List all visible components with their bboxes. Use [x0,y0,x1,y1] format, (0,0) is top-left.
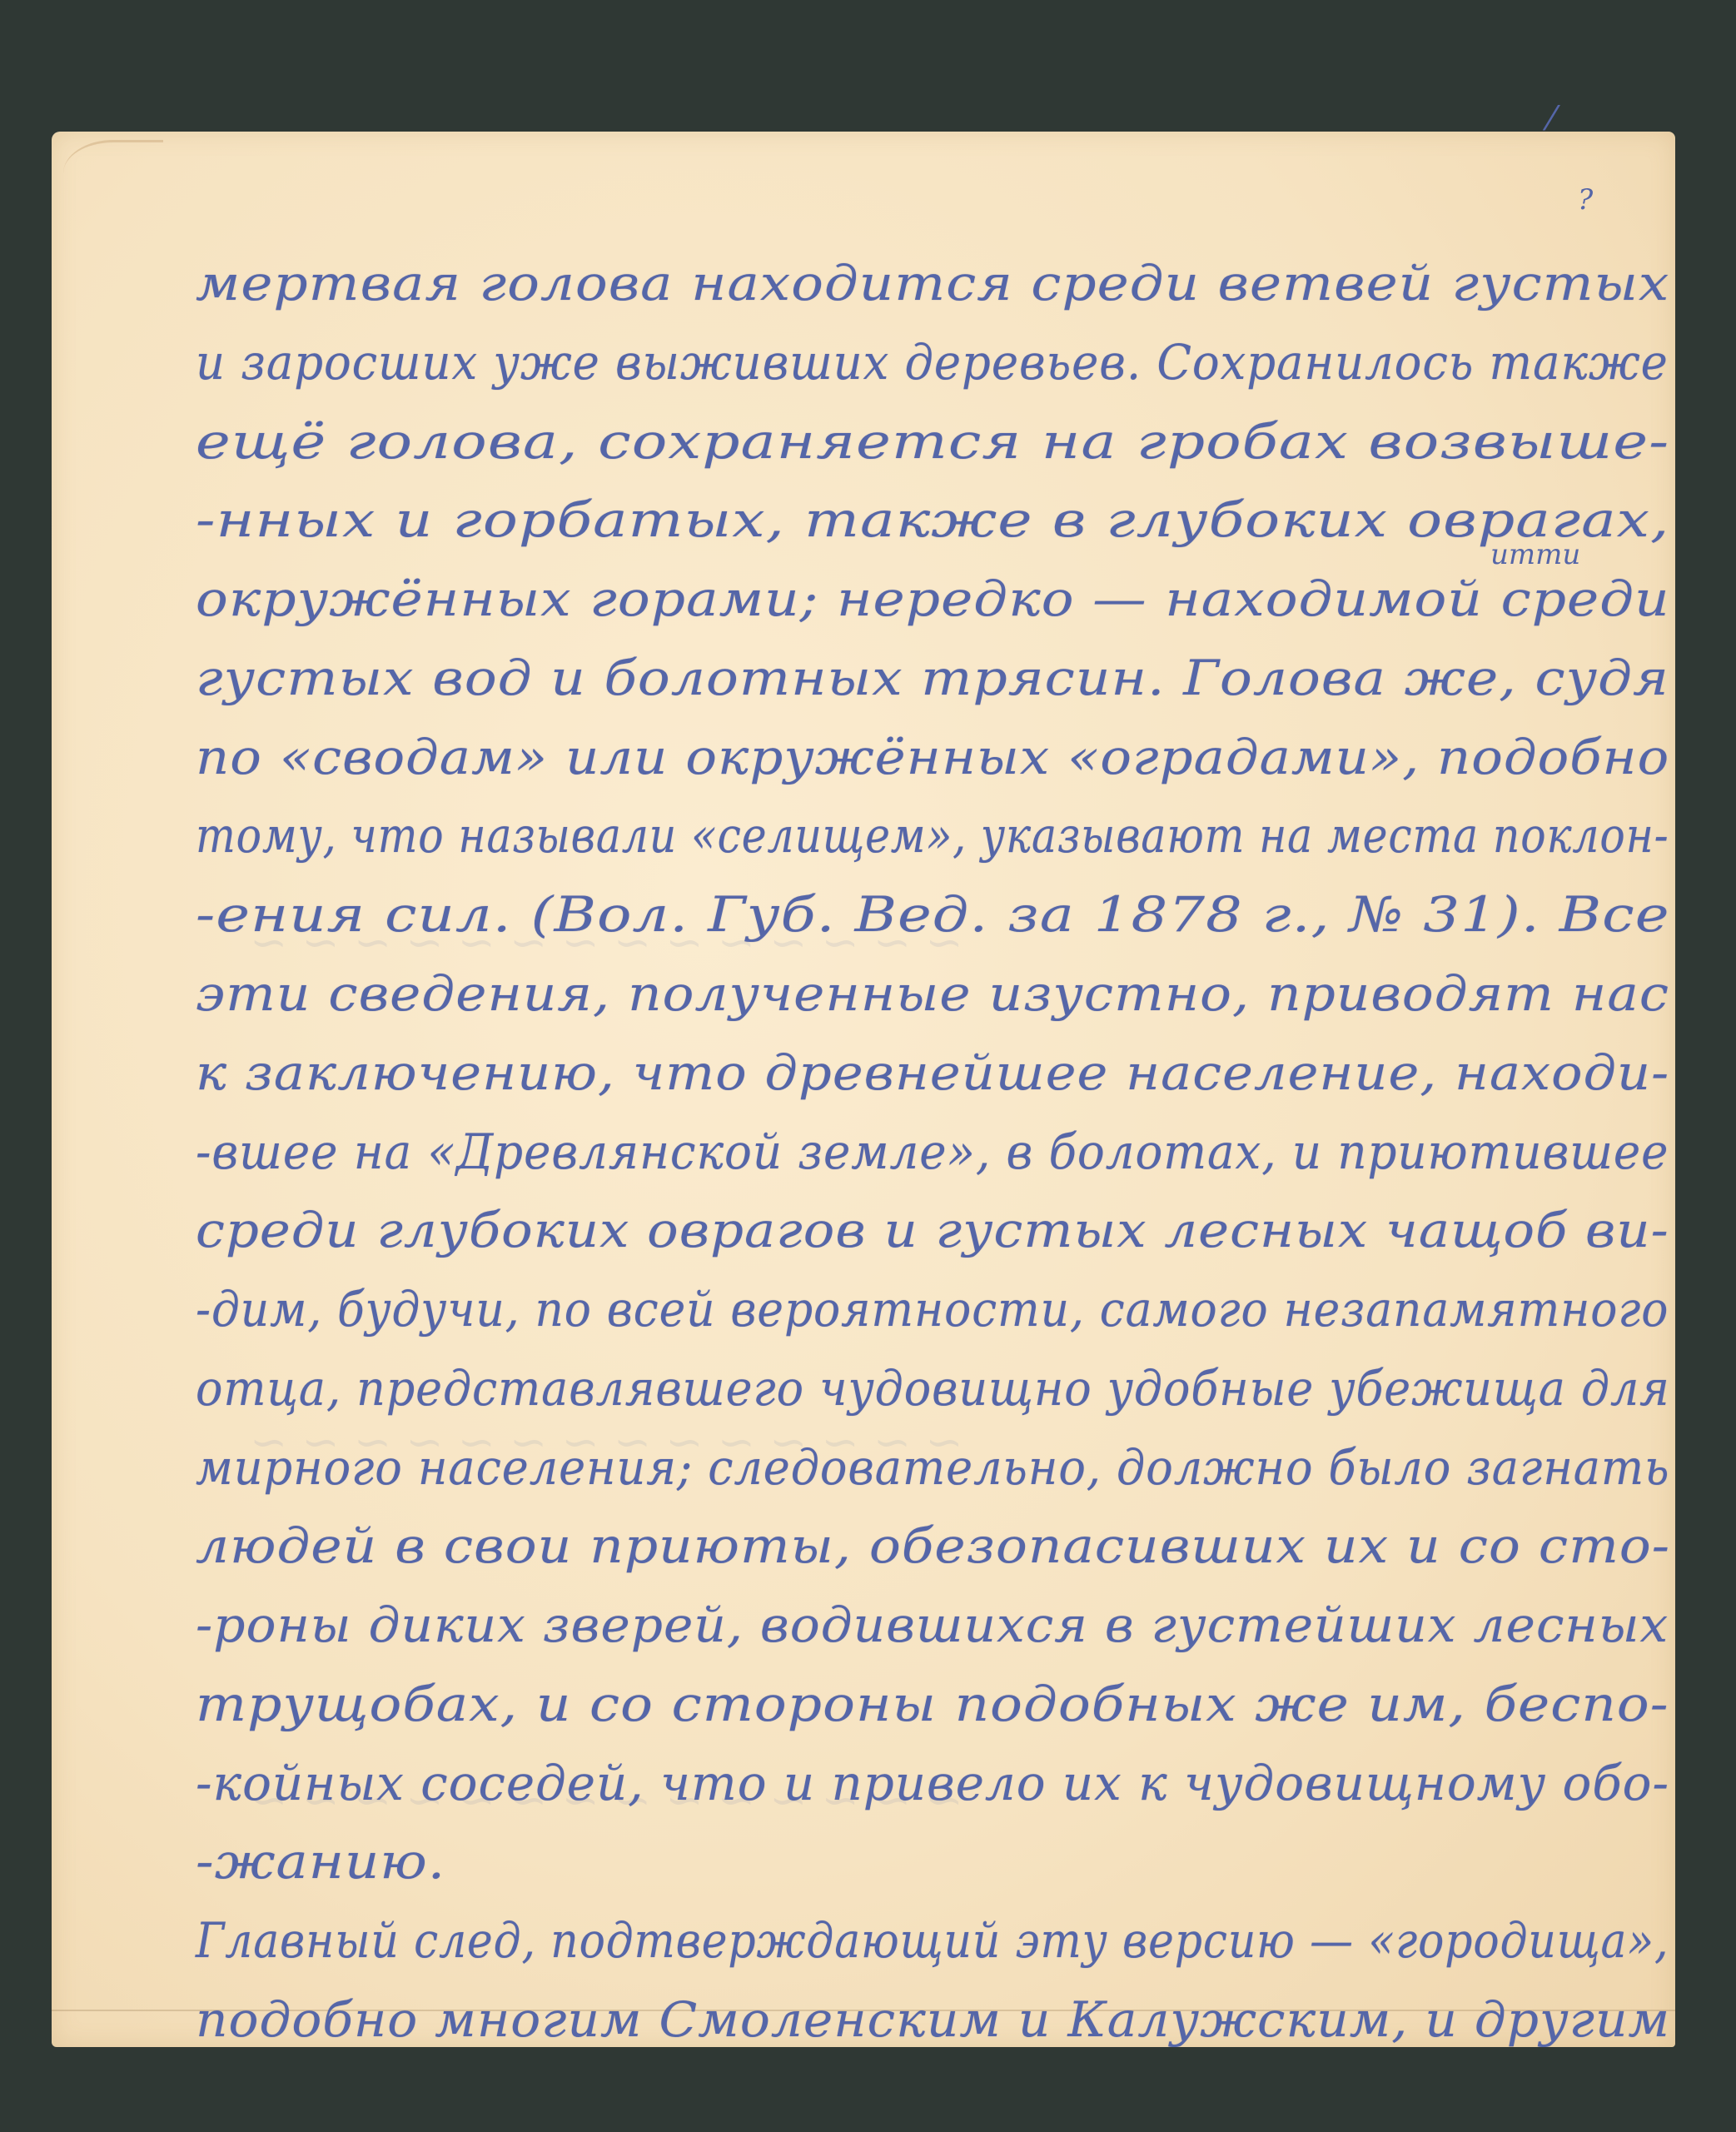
text-line-23: подобно многим Смоленским и Калужским, и… [196,1990,1670,2049]
corner-annotation: ? [1578,183,1593,217]
text-line-19: трущобах, и со стороны подобных же им, б… [196,1675,1669,1733]
text-line-4: -нных и горбатых, также в глубоких овраг… [196,491,1669,549]
text-line-17: людей в свои приюты, обезопасивших их и … [196,1517,1670,1575]
text-line-15: отца, представлявшего чудовищно удобные … [196,1359,1670,1417]
text-line-18: -роны диких зверей, водившихся в густейш… [196,1596,1669,1654]
text-line-1: мертвая голова находится среди ветвей гу… [196,254,1669,312]
text-line-14: -дим, будучи, по всей вероятности, самог… [196,1280,1669,1338]
paper-stain [63,140,163,192]
text-line-12: -вшее на «Древлянской земле», в болотах,… [196,1123,1669,1181]
interlinear-insertion: итти [1490,538,1580,571]
text-line-2: и заросших уже выживших деревьев. Сохран… [196,333,1669,391]
text-line-8: тому, что называли «селищем», указывают … [196,806,1669,864]
text-line-9-citation: -ения сил. (Вол. Губ. Вед. за 1878 г., №… [196,885,1670,944]
margin-stroke: ⁄ [1549,100,1554,138]
text-line-13: среди глубоких оврагов и густых лесных ч… [196,1201,1669,1259]
text-line-6: густых вод и болотных трясин. Голова же,… [196,649,1669,707]
text-line-22: Главный след, подтверждающий эту версию … [196,1911,1669,1970]
text-line-16: мирного населения; следовательно, должно… [196,1438,1669,1497]
text-line-3: ещё голова, сохраняется на гробах возвыш… [196,412,1669,471]
text-line-5: окружённых горами; нередко — находимой с… [196,570,1670,628]
text-line-21: -жанию. [196,1832,445,1890]
text-line-11: к заключению, что древнейшее население, … [196,1044,1669,1102]
text-line-7: по «сводам» или окружённых «оградами», п… [196,728,1669,786]
text-line-10: эти сведения, полученные изустно, привод… [196,964,1669,1023]
text-line-20: -койных соседей, что и привело их к чудо… [196,1754,1669,1812]
